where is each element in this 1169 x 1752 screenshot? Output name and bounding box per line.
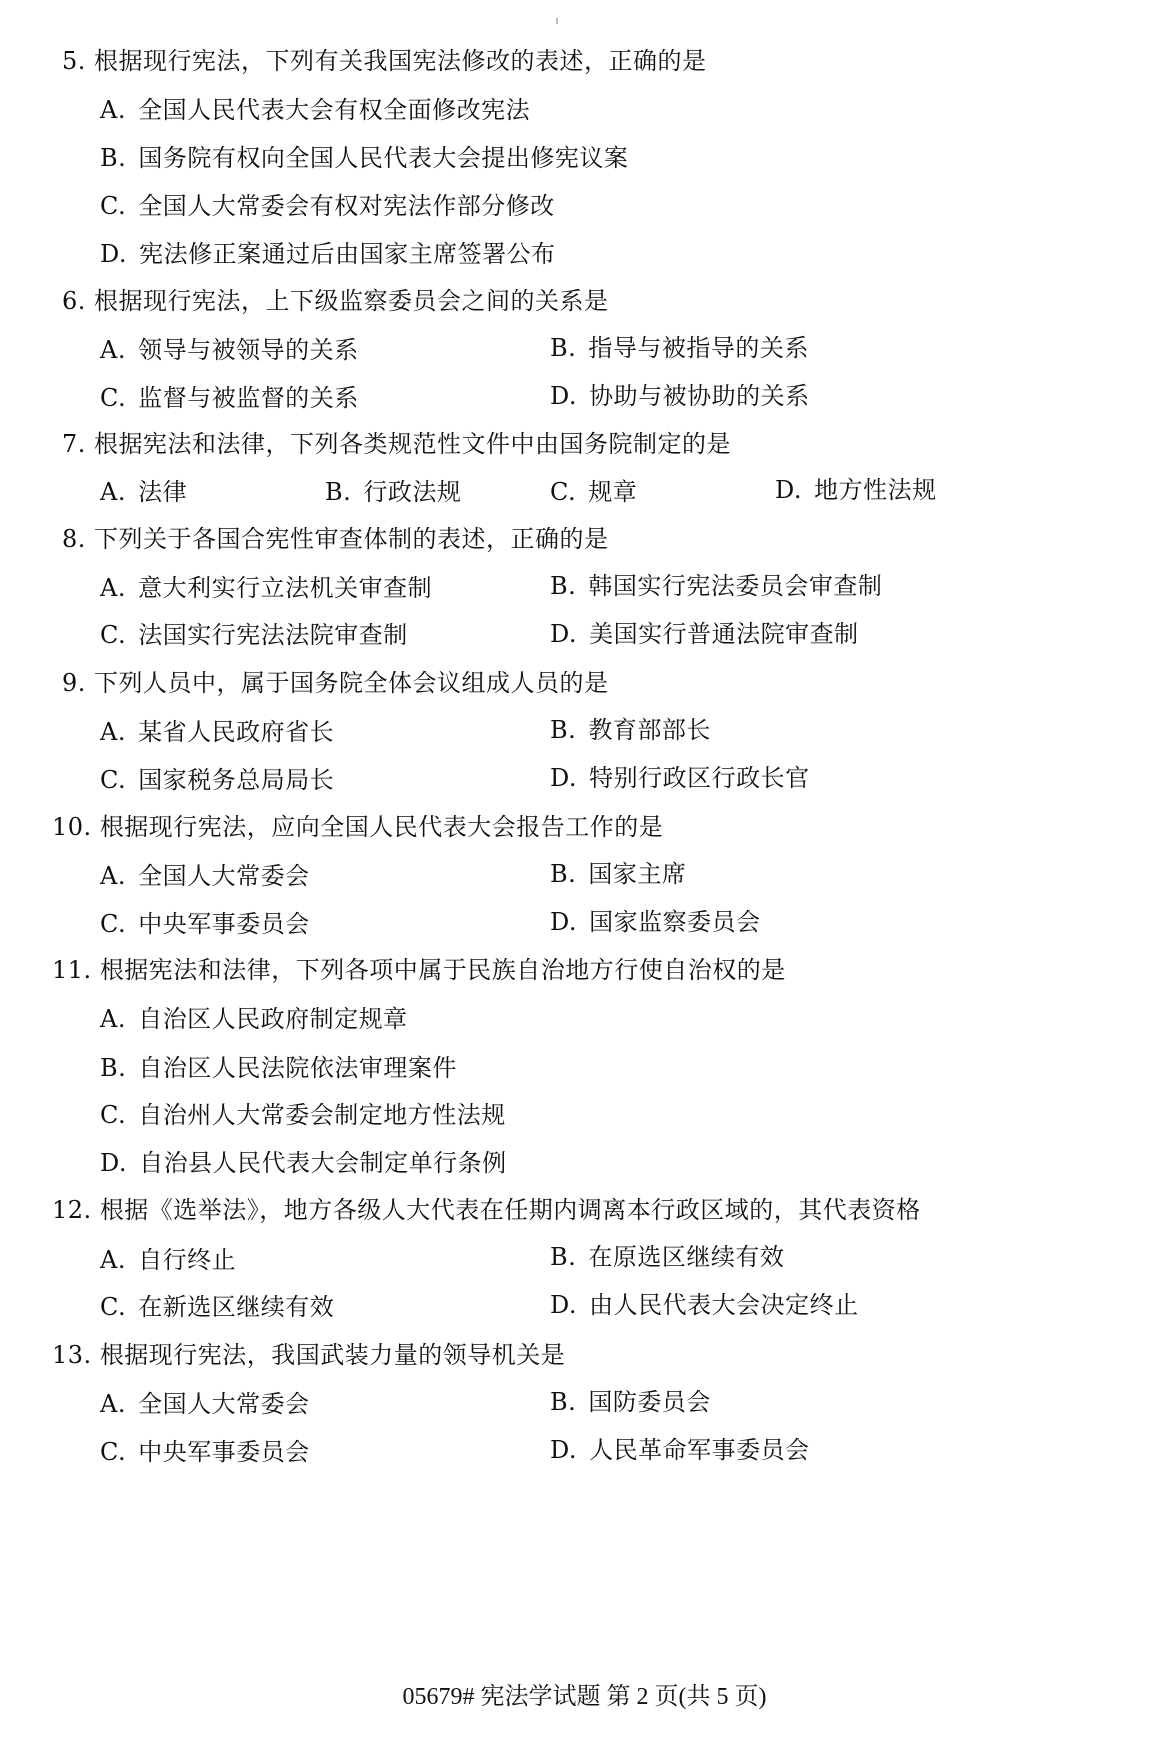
question-11-option-d: D. 自治县人民代表大会制定单行条例 xyxy=(100,1148,507,1178)
question-13-option-b: B. 国防委员会 xyxy=(550,1387,711,1417)
question-6-option-c: C. 监督与被监督的关系 xyxy=(100,383,359,413)
option-letter: C. xyxy=(100,1437,126,1467)
question-9-option-a: A. 某省人民政府省长 xyxy=(100,717,334,747)
question-text: 根据现行宪法，应向全国人民代表大会报告工作的是 xyxy=(100,813,664,841)
question-11-option-b: B. 自治区人民法院依法审理案件 xyxy=(100,1053,457,1083)
option-text: 自治县人民代表大会制定单行条例 xyxy=(139,1149,507,1177)
option-text: 国家税务总局局长 xyxy=(138,766,334,794)
question-11-stem: 11. 根据宪法和法律，下列各项中属于民族自治地方行使自治权的是 xyxy=(52,955,786,985)
option-text: 国家主席 xyxy=(588,860,686,888)
option-letter: C. xyxy=(100,383,126,413)
question-8-stem: 8. 下列关于各国合宪性审查体制的表述，正确的是 xyxy=(62,524,609,554)
question-6-option-d: D. 协助与被协助的关系 xyxy=(550,381,810,411)
option-letter: A. xyxy=(100,861,126,891)
question-8-option-d: D. 美国实行普通法院审查制 xyxy=(550,619,859,649)
option-letter: C. xyxy=(100,765,126,795)
option-letter: D. xyxy=(775,475,802,505)
question-text: 根据宪法和法律，下列各项中属于民族自治地方行使自治权的是 xyxy=(100,956,786,984)
question-11-option-a: A. 自治区人民政府制定规章 xyxy=(100,1004,408,1034)
question-7-stem: 7. 根据宪法和法律，下列各类规范性文件中由国务院制定的是 xyxy=(62,429,731,459)
option-letter: B. xyxy=(550,715,576,745)
option-text: 自治州人大常委会制定地方性法规 xyxy=(138,1101,506,1129)
option-text: 法律 xyxy=(138,478,187,506)
option-letter: B. xyxy=(550,571,576,601)
question-8-option-b: B. 韩国实行宪法委员会审查制 xyxy=(550,571,882,601)
option-text: 地方性法规 xyxy=(814,476,937,504)
question-5-option-a: A. 全国人民代表大会有权全面修改宪法 xyxy=(100,95,530,125)
question-13-option-a: A. 全国人大常委会 xyxy=(100,1389,310,1419)
question-12-option-d: D. 由人民代表大会决定终止 xyxy=(550,1290,859,1320)
option-text: 美国实行普通法院审查制 xyxy=(589,620,859,648)
option-letter: A. xyxy=(100,95,126,125)
question-6-option-b: B. 指导与被指导的关系 xyxy=(550,333,809,363)
option-letter: C. xyxy=(100,191,126,221)
option-text: 在新选区继续有效 xyxy=(138,1293,334,1321)
question-number: 12. xyxy=(52,1195,92,1225)
question-13-option-c: C. 中央军事委员会 xyxy=(100,1437,310,1467)
option-letter: A. xyxy=(100,717,126,747)
question-9-option-d: D. 特别行政区行政长官 xyxy=(550,763,810,793)
scan-artifact xyxy=(556,18,558,24)
option-letter: D. xyxy=(550,1290,577,1320)
question-8-option-a: A. 意大利实行立法机关审查制 xyxy=(100,573,432,603)
question-text: 根据现行宪法，下列有关我国宪法修改的表述，正确的是 xyxy=(94,47,707,75)
option-text: 监督与被监督的关系 xyxy=(138,384,359,412)
option-text: 领导与被领导的关系 xyxy=(138,336,359,364)
option-text: 指导与被指导的关系 xyxy=(588,334,809,362)
question-number: 13. xyxy=(52,1340,92,1370)
option-text: 国防委员会 xyxy=(588,1388,711,1416)
question-7-option-c: C. 规章 xyxy=(550,477,637,507)
question-5-option-d: D. 宪法修正案通过后由国家主席签署公布 xyxy=(100,239,556,269)
option-text: 全国人民代表大会有权全面修改宪法 xyxy=(138,96,530,124)
option-text: 自治区人民法院依法审理案件 xyxy=(138,1054,457,1082)
question-number: 6. xyxy=(62,286,86,316)
option-text: 某省人民政府省长 xyxy=(138,718,334,746)
option-letter: D. xyxy=(100,239,127,269)
question-13-stem: 13. 根据现行宪法，我国武装力量的领导机关是 xyxy=(52,1340,565,1370)
question-text: 下列人员中，属于国务院全体会议组成人员的是 xyxy=(94,669,609,697)
option-text: 自治区人民政府制定规章 xyxy=(138,1005,408,1033)
question-12-option-a: A. 自行终止 xyxy=(100,1245,236,1275)
exam-page: 5. 根据现行宪法，下列有关我国宪法修改的表述，正确的是 A. 全国人民代表大会… xyxy=(0,0,1169,1752)
option-letter: D. xyxy=(550,381,577,411)
option-letter: D. xyxy=(550,763,577,793)
option-text: 中央军事委员会 xyxy=(138,910,310,938)
question-9-stem: 9. 下列人员中，属于国务院全体会议组成人员的是 xyxy=(62,668,609,698)
question-6-option-a: A. 领导与被领导的关系 xyxy=(100,335,359,365)
question-number: 8. xyxy=(62,524,86,554)
question-number: 10. xyxy=(52,812,92,842)
option-letter: B. xyxy=(100,1053,126,1083)
option-letter: C. xyxy=(100,1292,126,1322)
question-5-stem: 5. 根据现行宪法，下列有关我国宪法修改的表述，正确的是 xyxy=(62,46,707,76)
option-letter: D. xyxy=(100,1148,127,1178)
question-10-stem: 10. 根据现行宪法，应向全国人民代表大会报告工作的是 xyxy=(52,812,663,842)
option-text: 人民革命军事委员会 xyxy=(589,1436,810,1464)
option-letter: B. xyxy=(550,1387,576,1417)
question-7-option-d: D. 地方性法规 xyxy=(775,475,937,505)
question-10-option-d: D. 国家监察委员会 xyxy=(550,907,761,937)
question-text: 根据宪法和法律，下列各类规范性文件中由国务院制定的是 xyxy=(94,430,731,458)
question-10-option-c: C. 中央军事委员会 xyxy=(100,909,310,939)
option-text: 韩国实行宪法委员会审查制 xyxy=(588,572,882,600)
question-12-option-c: C. 在新选区继续有效 xyxy=(100,1292,334,1322)
question-text: 下列关于各国合宪性审查体制的表述，正确的是 xyxy=(94,525,609,553)
question-10-option-b: B. 国家主席 xyxy=(550,859,686,889)
option-text: 协助与被协助的关系 xyxy=(589,382,810,410)
option-text: 全国人大常委会 xyxy=(138,1390,310,1418)
option-letter: B. xyxy=(550,333,576,363)
option-text: 全国人大常委会 xyxy=(138,862,310,890)
option-text: 中央军事委员会 xyxy=(138,1438,310,1466)
question-12-stem: 12. 根据《选举法》，地方各级人大代表在任期内调离本行政区域的，其代表资格 xyxy=(52,1195,921,1225)
option-text: 宪法修正案通过后由国家主席签署公布 xyxy=(139,240,556,268)
question-text: 根据现行宪法，我国武装力量的领导机关是 xyxy=(100,1341,566,1369)
option-text: 在原选区继续有效 xyxy=(588,1243,784,1271)
option-letter: C. xyxy=(100,1100,126,1130)
option-text: 国家监察委员会 xyxy=(589,908,761,936)
question-11-option-c: C. 自治州人大常委会制定地方性法规 xyxy=(100,1100,506,1130)
option-text: 国务院有权向全国人民代表大会提出修宪议案 xyxy=(138,144,628,172)
option-letter: C. xyxy=(550,477,576,507)
option-letter: A. xyxy=(100,1245,126,1275)
question-9-option-c: C. 国家税务总局局长 xyxy=(100,765,334,795)
question-7-option-b: B. 行政法规 xyxy=(325,477,461,507)
question-8-option-c: C. 法国实行宪法法院审查制 xyxy=(100,620,408,650)
option-text: 规章 xyxy=(588,478,637,506)
option-letter: B. xyxy=(550,1242,576,1272)
option-letter: B. xyxy=(100,143,126,173)
option-text: 法国实行宪法法院审查制 xyxy=(138,621,408,649)
option-letter: A. xyxy=(100,477,126,507)
option-text: 行政法规 xyxy=(363,478,461,506)
question-5-option-c: C. 全国人大常委会有权对宪法作部分修改 xyxy=(100,191,555,221)
question-9-option-b: B. 教育部部长 xyxy=(550,715,711,745)
question-number: 5. xyxy=(62,46,86,76)
question-5-option-b: B. 国务院有权向全国人民代表大会提出修宪议案 xyxy=(100,143,628,173)
question-12-option-b: B. 在原选区继续有效 xyxy=(550,1242,784,1272)
question-10-option-a: A. 全国人大常委会 xyxy=(100,861,310,891)
question-7-option-a: A. 法律 xyxy=(100,477,187,507)
question-number: 9. xyxy=(62,668,86,698)
question-6-stem: 6. 根据现行宪法，上下级监察委员会之间的关系是 xyxy=(62,286,609,316)
option-letter: D. xyxy=(550,1435,577,1465)
option-letter: D. xyxy=(550,619,577,649)
page-footer: 05679# 宪法学试题 第 2 页(共 5 页) xyxy=(0,1682,1169,1712)
question-text: 根据《选举法》，地方各级人大代表在任期内调离本行政区域的，其代表资格 xyxy=(100,1196,921,1224)
option-letter: D. xyxy=(550,907,577,937)
option-text: 全国人大常委会有权对宪法作部分修改 xyxy=(138,192,555,220)
option-text: 意大利实行立法机关审查制 xyxy=(138,574,432,602)
option-letter: C. xyxy=(100,909,126,939)
option-letter: A. xyxy=(100,335,126,365)
option-letter: B. xyxy=(325,477,351,507)
question-text: 根据现行宪法，上下级监察委员会之间的关系是 xyxy=(94,287,609,315)
option-letter: A. xyxy=(100,573,126,603)
option-text: 由人民代表大会决定终止 xyxy=(589,1291,859,1319)
question-number: 7. xyxy=(62,429,86,459)
option-letter: A. xyxy=(100,1004,126,1034)
question-number: 11. xyxy=(52,955,92,985)
option-text: 特别行政区行政长官 xyxy=(589,764,810,792)
option-text: 教育部部长 xyxy=(588,716,711,744)
option-letter: A. xyxy=(100,1389,126,1419)
option-text: 自行终止 xyxy=(138,1246,236,1274)
question-13-option-d: D. 人民革命军事委员会 xyxy=(550,1435,810,1465)
option-letter: B. xyxy=(550,859,576,889)
option-letter: C. xyxy=(100,620,126,650)
